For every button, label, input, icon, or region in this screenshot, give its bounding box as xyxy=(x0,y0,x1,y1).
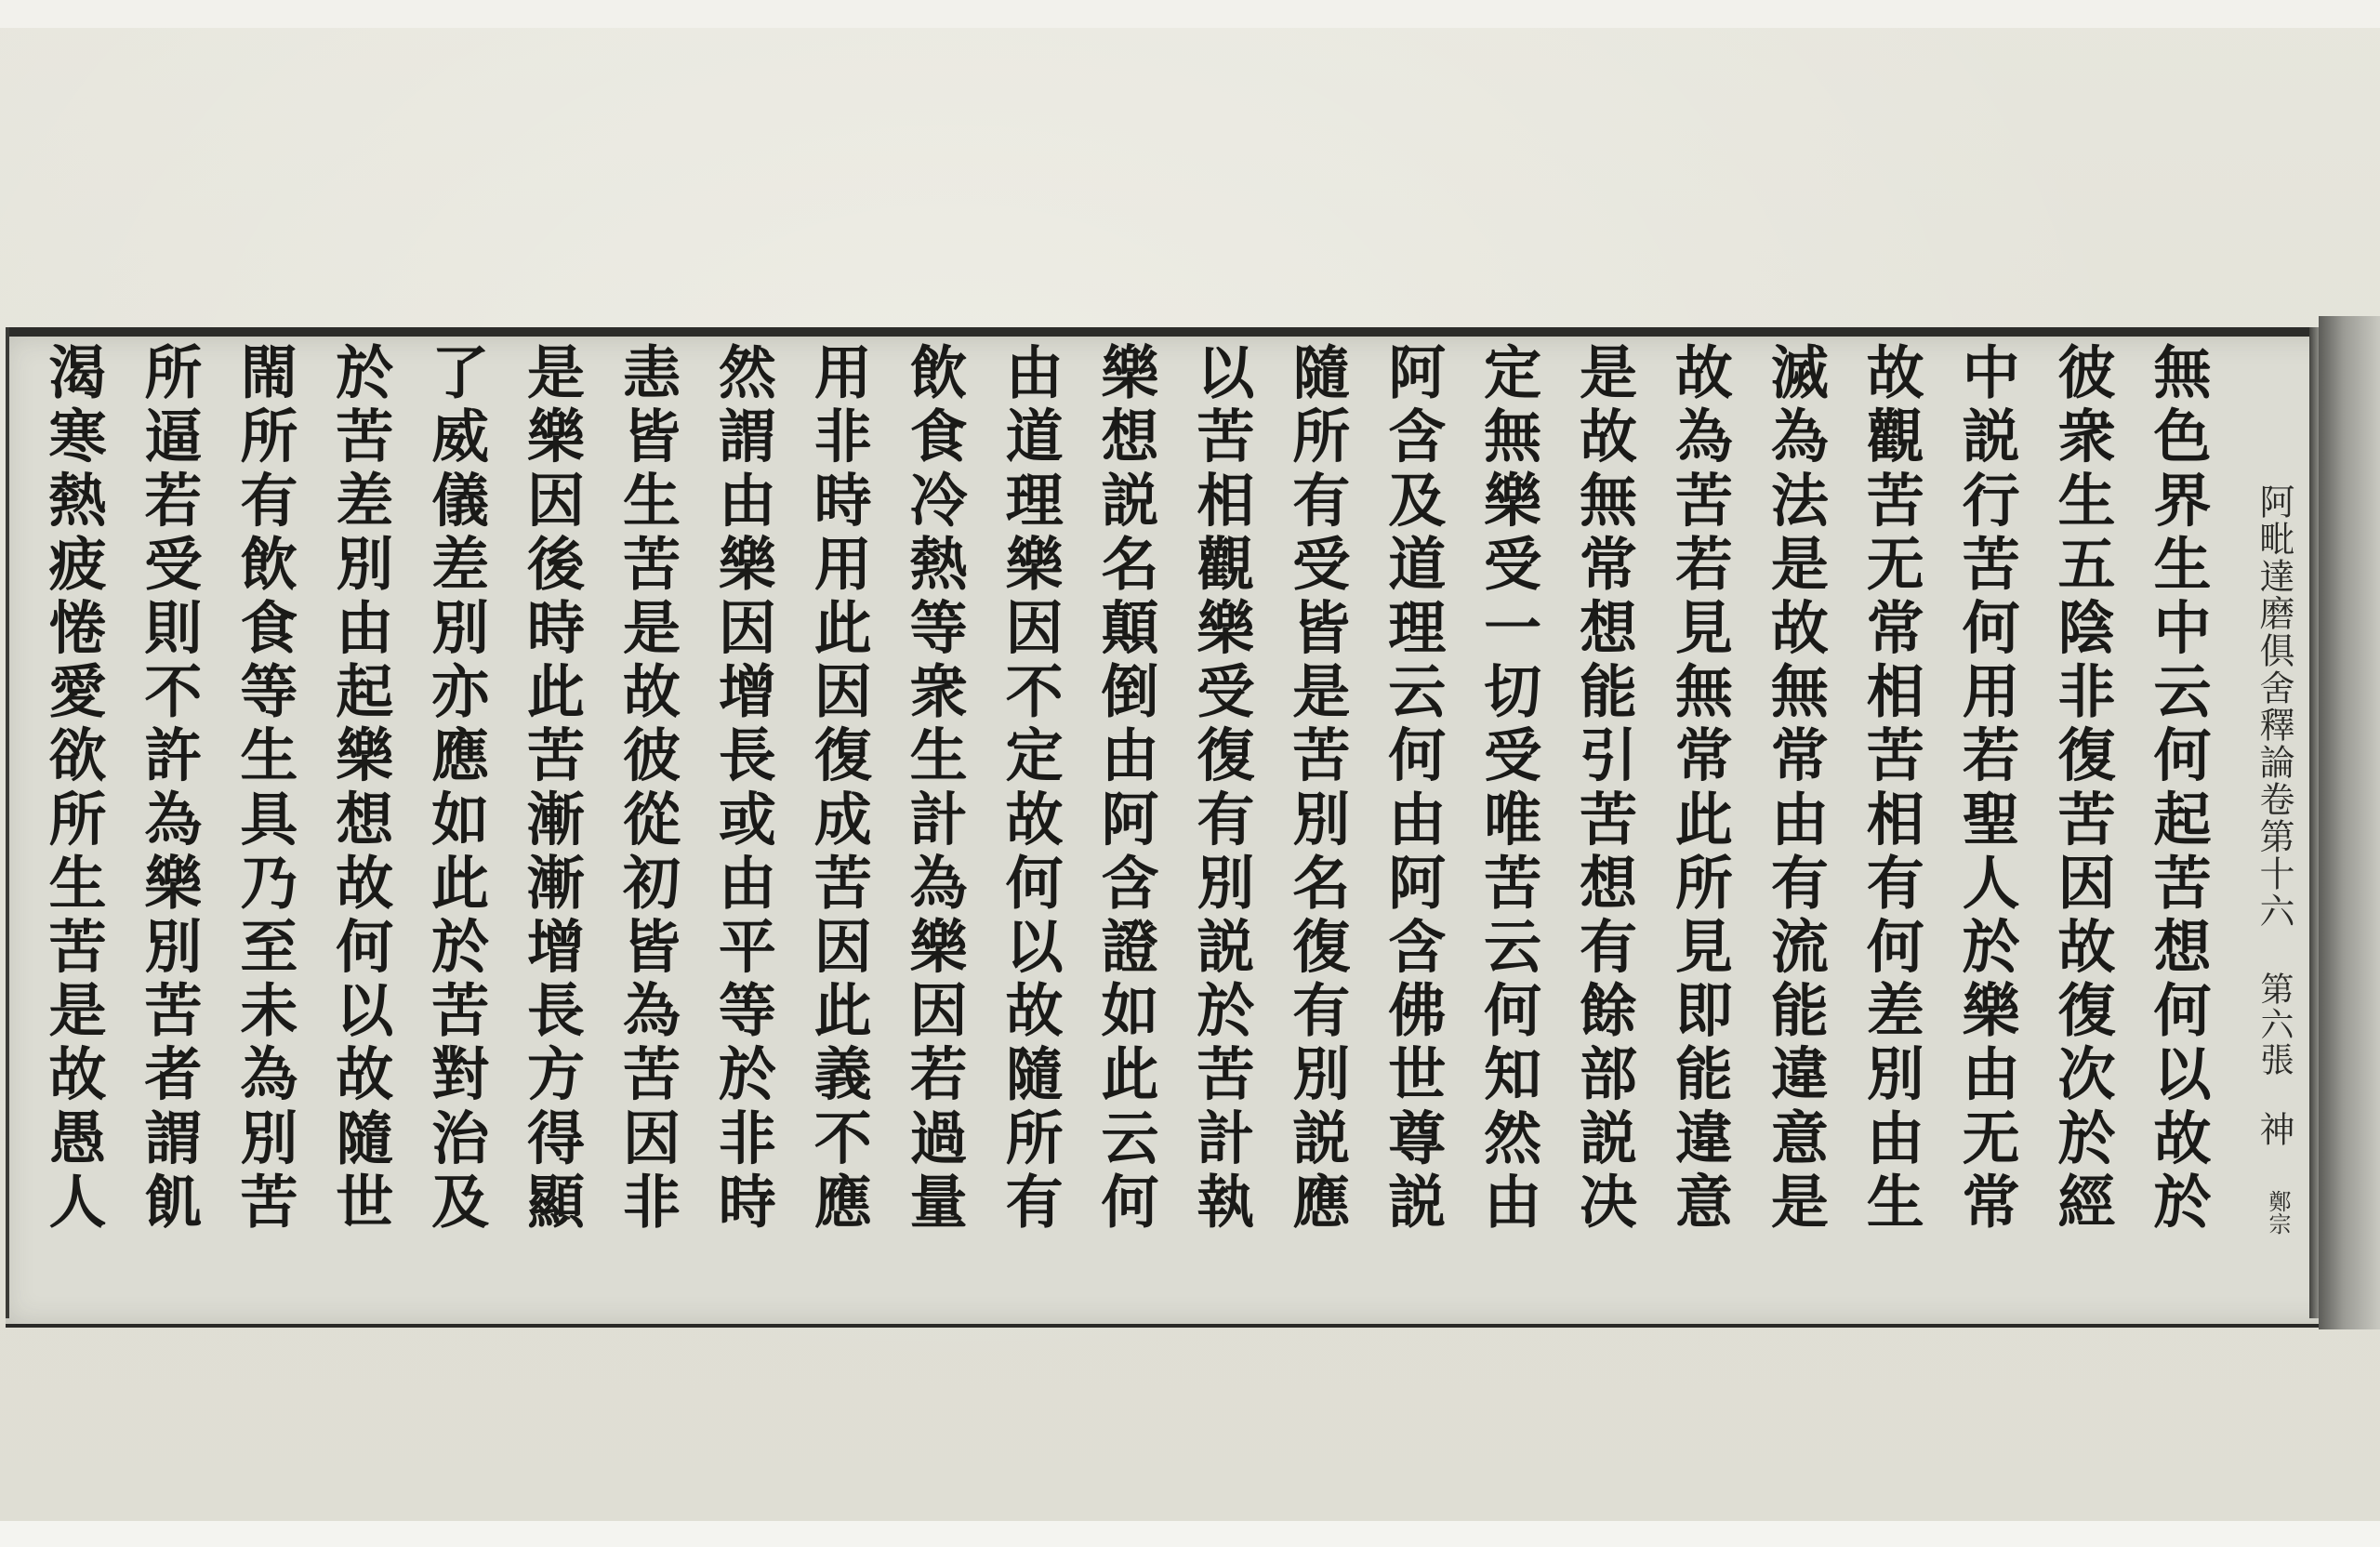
text-column-16: 然謂由樂因增長或由平等於非時 xyxy=(697,342,787,1309)
margin-column: 阿毗達磨俱舍釋論卷第十六 第六張 神 鄭宗 xyxy=(2241,483,2306,1320)
text-body: 無色界生中云何起苦想何以故於 彼衆生五陰非復苦因故復次於經 中説行苦何用若聖人於… xyxy=(28,342,2222,1309)
margin-mark: 神 xyxy=(2246,1111,2302,1146)
text-column-20: 於苦差別由起樂想故何以故隨世 xyxy=(315,342,404,1309)
text-column-3: 中説行苦何用若聖人於樂由无常 xyxy=(1941,342,2030,1309)
text-column-5: 滅為法是故無常由有流能違意是 xyxy=(1750,342,1839,1309)
text-column-21: 閙所有飲食等生具乃至未為別苦 xyxy=(219,342,309,1309)
text-column-19: 了威儀差別亦應如此於苦對治及 xyxy=(411,342,500,1309)
text-column-17: 恚皆生苦是故彼從初皆為苦因非 xyxy=(602,342,691,1309)
text-column-4: 故觀苦无常相苦相有何差別由生 xyxy=(1845,342,1935,1309)
text-column-23: 渴寒熱疲惓愛欲所生苦是故愚人 xyxy=(28,342,117,1309)
text-column-22: 所逼若受則不許為樂別苦者謂飢 xyxy=(124,342,213,1309)
text-column-14: 飲食冷熱等衆生計為樂因若過量 xyxy=(889,342,978,1309)
text-column-15: 用非時用此因復成苦因此義不應 xyxy=(793,342,882,1309)
text-column-11: 以苦相觀樂受復有別説於苦計執 xyxy=(1176,342,1265,1309)
margin-carver-name: 鄭宗 xyxy=(2250,1190,2306,1235)
text-column-18: 是樂因後時此苦漸漸增長方得顯 xyxy=(507,342,596,1309)
text-column-12: 樂想説名顛倒由阿含證如此云何 xyxy=(1080,342,1170,1309)
text-column-2: 彼衆生五陰非復苦因故復次於經 xyxy=(2037,342,2126,1309)
text-column-9: 阿含及道理云何由阿含佛世尊説 xyxy=(1368,342,1457,1309)
margin-title: 阿毗達磨俱舍釋論卷第十六 xyxy=(2246,483,2302,930)
top-margin-strip xyxy=(0,0,2380,28)
margin-page-number: 第六張 xyxy=(2246,972,2302,1078)
text-column-1: 無色界生中云何起苦想何以故於 xyxy=(2133,342,2222,1309)
text-column-13: 由道理樂因不定故何以故隨所有 xyxy=(985,342,1074,1309)
text-column-8: 定無樂受一切受唯苦云何知然由 xyxy=(1463,342,1553,1309)
right-frame-rule xyxy=(2309,327,2319,1318)
text-column-7: 是故無常想能引苦想有餘部説决 xyxy=(1559,342,1648,1309)
text-column-10: 隨所有受皆是苦別名復有別説應 xyxy=(1272,342,1361,1309)
page-fold-shadow xyxy=(2319,316,2380,1329)
bottom-margin-strip xyxy=(0,1521,2380,1547)
left-frame-rule xyxy=(6,327,9,1318)
text-column-6: 故為苦若見無常此所見即能違意 xyxy=(1654,342,1743,1309)
